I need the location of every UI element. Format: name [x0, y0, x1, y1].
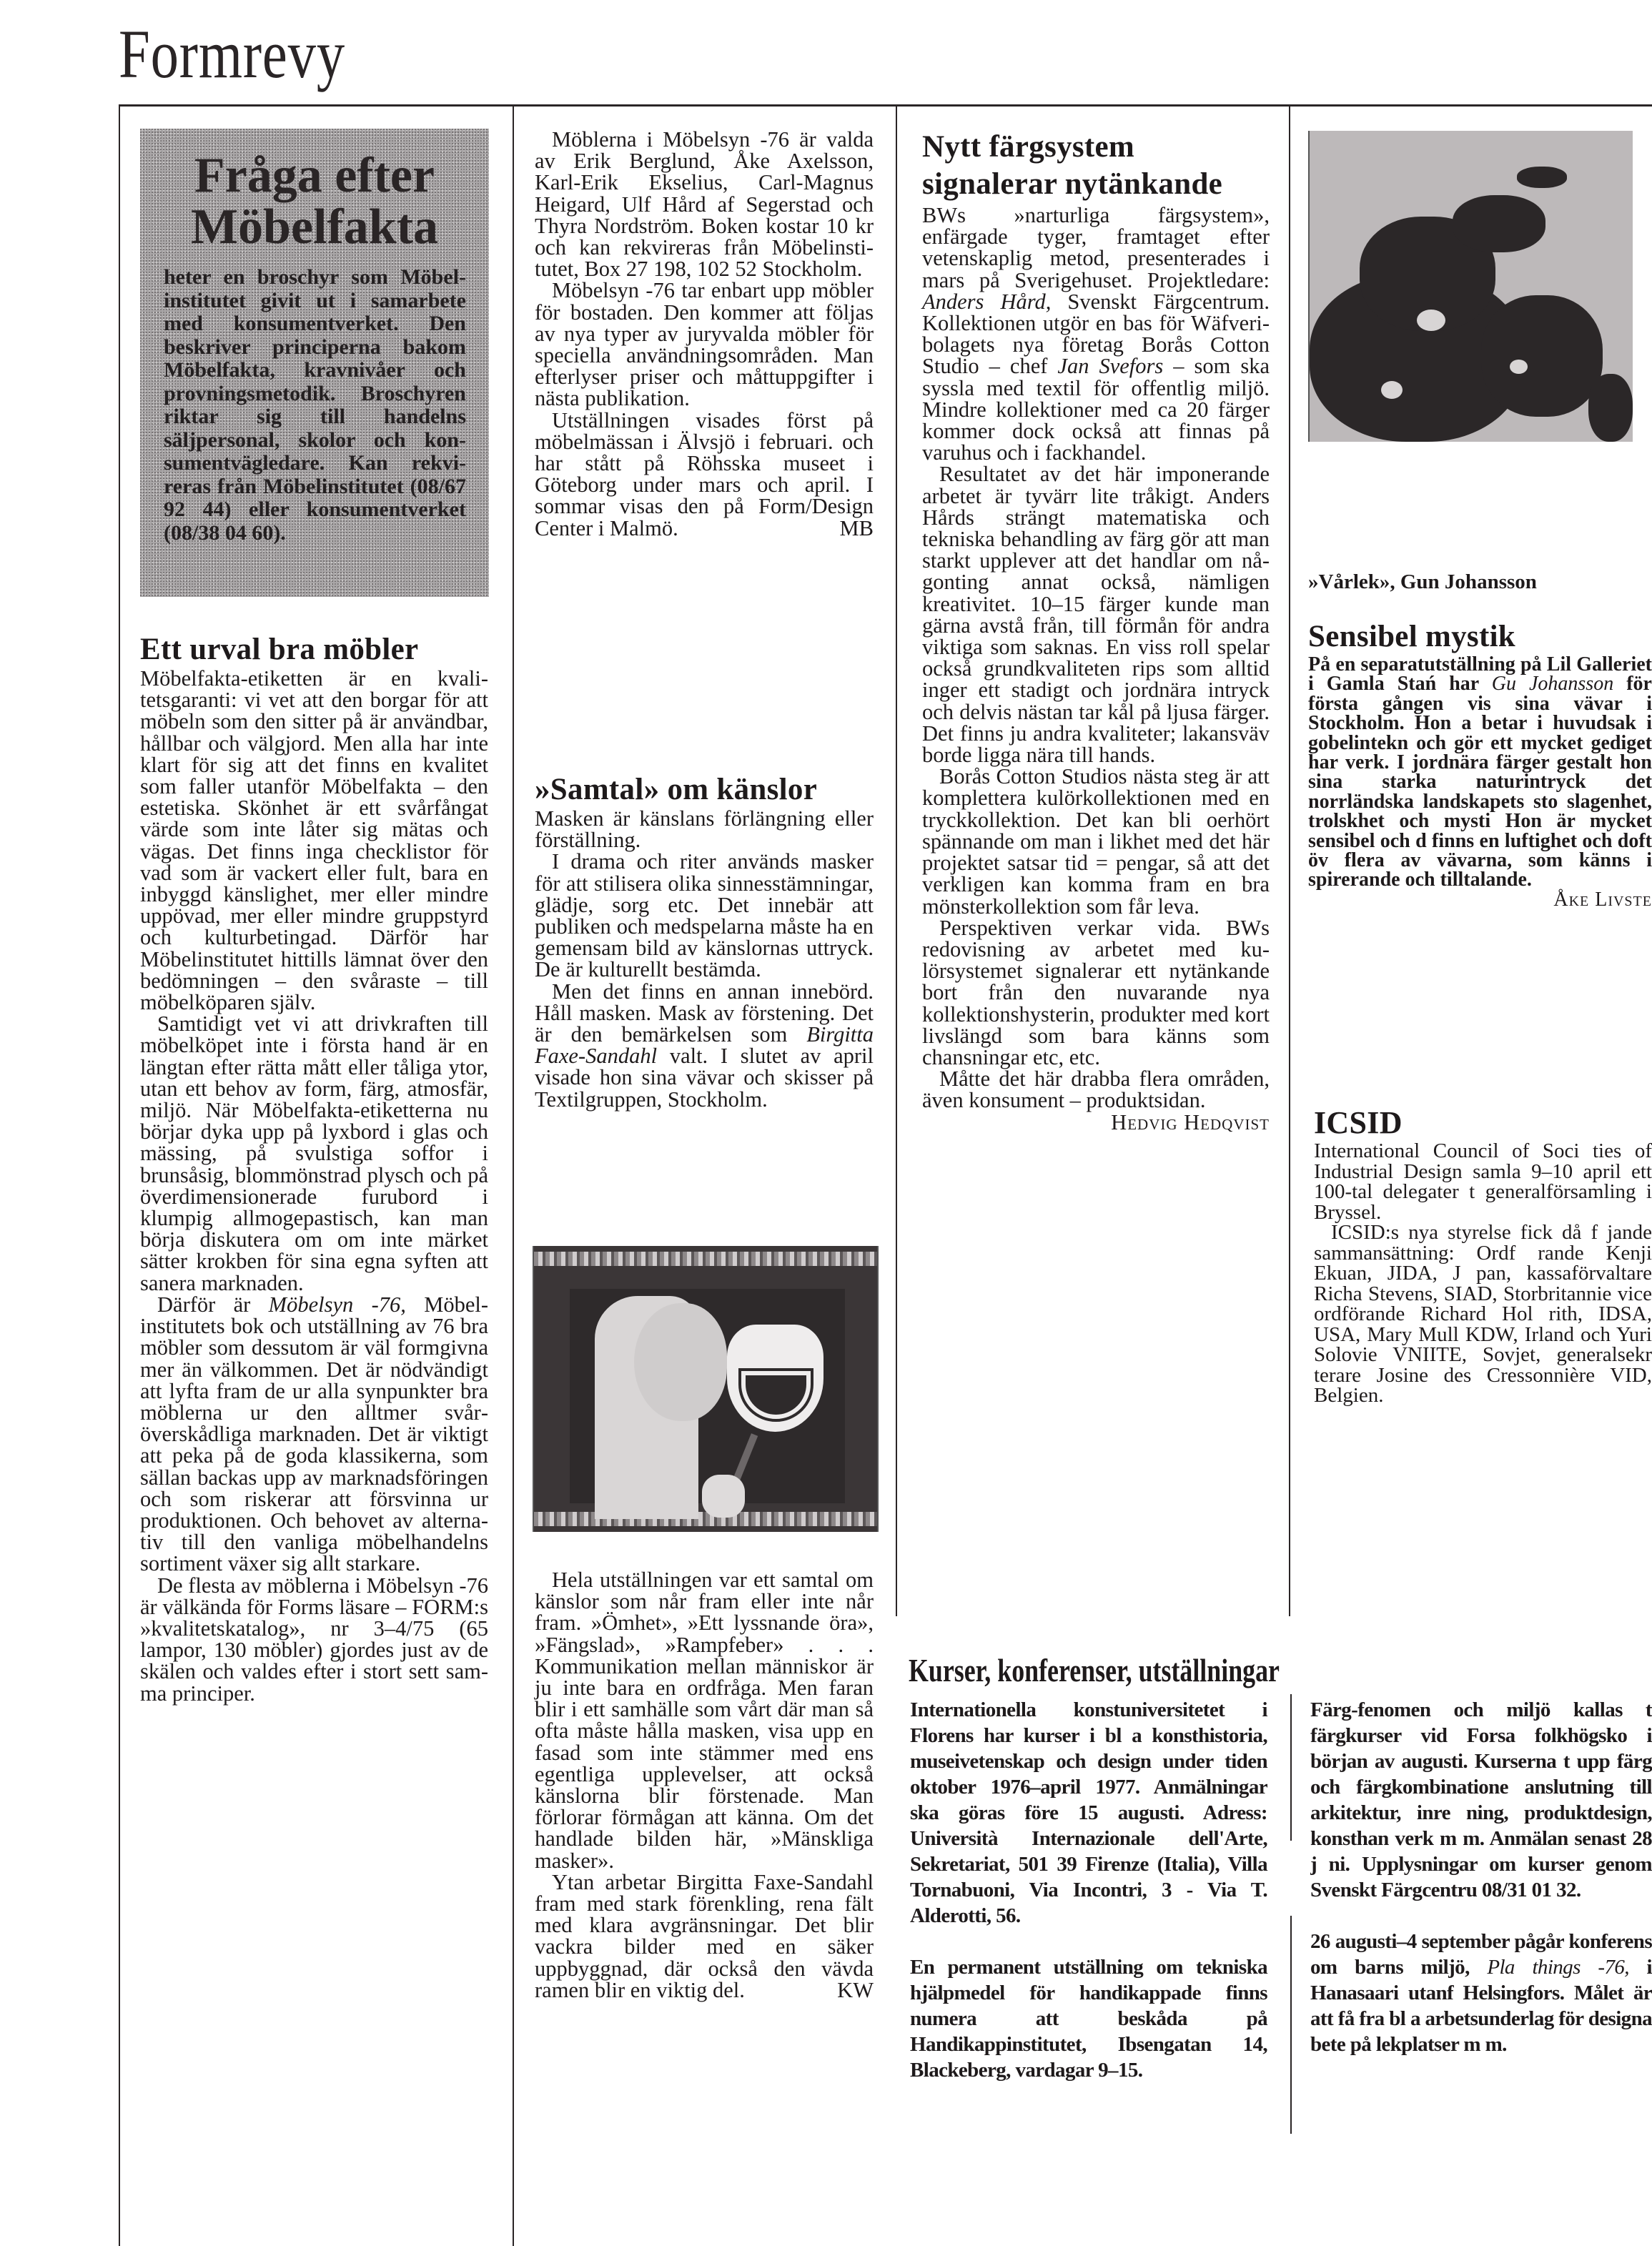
column-rule-2	[896, 104, 897, 1616]
article-sensibel-mystik: Sensibel mystik På en separatutställning…	[1308, 620, 1652, 909]
paragraph: Ytan arbetar Birgitta Faxe-Sandahl fram …	[535, 1871, 874, 2001]
paragraph: Resultatet av det här impone­rande arbet…	[922, 463, 1270, 766]
column-rule-left	[119, 104, 120, 2246]
column-rule-kurser	[1290, 1694, 1292, 1841]
paragraph: De flesta av möblerna i Möbel­syn -76 är…	[140, 1575, 488, 1704]
paragraph: En permanent utställning om tekniska hjä…	[910, 1954, 1267, 2083]
article-ett-urval-continued: Möblerna i Möbelsyn -76 är valda av Erik…	[535, 129, 874, 539]
paragraph: Möbelsyn -76 tar enbart upp möbler för b…	[535, 279, 874, 409]
signature: Hedvig Hedqvist	[922, 1112, 1270, 1133]
paragraph: Hela utställningen var ett sam­tal om kä…	[535, 1569, 874, 1871]
signature: MB	[823, 518, 874, 539]
paragraph: Samtidigt vet vi att drivkraften till mö…	[140, 1013, 488, 1294]
column-rule-1	[513, 104, 514, 2246]
paragraph: Borås Cotton Studios nästa steg är att k…	[922, 766, 1270, 916]
paragraph: Därför är Möbelsyn -76, Möbel­institutet…	[140, 1294, 488, 1575]
kurser-right-column: Färg-fenomen och miljö kallas t färgkurs…	[1310, 1697, 1652, 2057]
weaving-image-varlek	[1308, 131, 1633, 442]
masthead: Formrevy	[119, 20, 345, 89]
paragraph: Möblerna i Möbelsyn -76 är valda av Erik…	[535, 129, 874, 279]
paragraph: Men det finns en annan inne­börd. Håll m…	[535, 981, 874, 1110]
top-rule	[119, 104, 1652, 107]
box-body: heter en broschyr som Möbel­institutet g…	[164, 266, 466, 545]
article-samtal: »Samtal» om känslor Masken är känslans f…	[535, 773, 874, 1110]
article-title: Ett urval bra möbler	[140, 633, 488, 666]
article-samtal-continued: Hela utställningen var ett sam­tal om kä…	[535, 1569, 874, 2001]
column-rule-kurser-2	[1290, 1916, 1292, 2134]
signature: KW	[820, 1979, 874, 2001]
box-title: Fråga efter Möbelfakta	[140, 150, 489, 253]
paragraph: Internationella konstuniversitetet i Flo…	[910, 1697, 1267, 1929]
fraga-efter-mobelfakta-box: Fråga efter Möbelfakta heter en broschyr…	[140, 129, 489, 597]
kurser-title: Kurser, konferenser, utställningar	[909, 1653, 1280, 1688]
article-title: »Samtal» om känslor	[535, 773, 874, 806]
kurser-left-column: Internationella konstuniversitetet i Flo…	[910, 1697, 1267, 2083]
paragraph: Perspektiven verkar vida. BWs redovisnin…	[922, 917, 1270, 1068]
paragraph: Färg-fenomen och miljö kallas t färgkurs…	[1310, 1697, 1652, 1903]
signature: Åke Livste	[1308, 890, 1652, 909]
paragraph: På en separatutställning på Lil Gallerie…	[1308, 655, 1652, 890]
paragraph: I drama och riter används mas­ker för at…	[535, 851, 874, 980]
paragraph: 26 augusti–4 september pågår konferens o…	[1310, 1929, 1652, 2057]
paragraph: Måtte det här drabba flera om­råden, äve…	[922, 1068, 1270, 1111]
column-rule-3	[1289, 104, 1290, 1616]
paragraph: Möbelfakta-etiketten är en kvali­tetsgar…	[140, 668, 488, 1013]
article-title: ICSID	[1314, 1107, 1652, 1139]
article-ett-urval: Ett urval bra möbler Möbelfakta-etikette…	[140, 633, 488, 1704]
paragraph: International Council of Soci ties of In…	[1314, 1141, 1652, 1222]
article-nytt-fargsystem: Nytt färgsystemsignalerar nytänkande BWs…	[922, 129, 1270, 1133]
article-icsid: ICSID International Council of Soci ties…	[1314, 1107, 1652, 1406]
article-title: Nytt färgsystemsignalerar nytänkande	[922, 129, 1270, 203]
paragraph: Masken är känslans förlängning eller för…	[535, 808, 874, 851]
image-caption: »Vårlek», Gun Johansson	[1308, 570, 1537, 593]
paragraph: BWs »narturliga färgsystem», enfärgade t…	[922, 204, 1270, 463]
paragraph: ICSID:s nya styrelse fick då f jande sam…	[1314, 1222, 1652, 1406]
paragraph: Utställningen visades först på möbelmäss…	[535, 410, 874, 539]
weaving-image-mask	[533, 1246, 879, 1532]
article-title: Sensibel mystik	[1308, 620, 1652, 653]
